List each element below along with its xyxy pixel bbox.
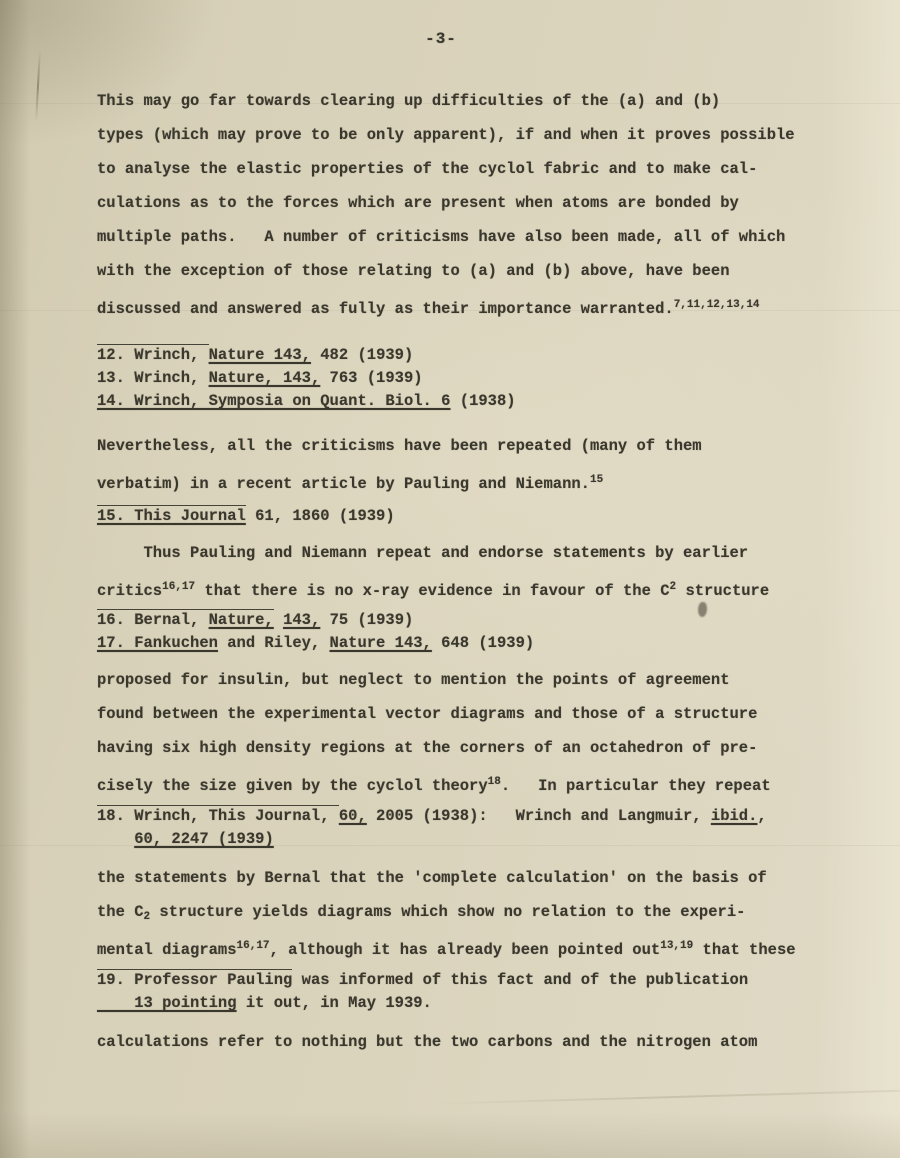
document-page: -3- This may go far towards clearing up …: [0, 0, 900, 1158]
paper-fold-line: [430, 1089, 900, 1105]
paragraph-statements-bernal: the statements by Bernal that the 'compl…: [97, 861, 803, 963]
text-segment: and Riley,: [218, 634, 330, 652]
text-segment: verbatim) in a recent article by Pauling…: [97, 475, 590, 493]
text-line: 13 pointing it out, in May 1939.: [97, 992, 803, 1015]
paragraph-criticisms: This may go far towards clearing up diff…: [97, 84, 803, 322]
text-segment: discussed and answered as fully as their…: [97, 300, 674, 318]
text-segment: calculations refer to nothing but the tw…: [97, 1033, 757, 1051]
footnote-15: 15. This Journal 61, 1860 (1939): [97, 505, 803, 528]
scan-bottom-shadow: [0, 1112, 900, 1158]
text-segment: with the exception of those relating to …: [97, 262, 730, 280]
text-segment: 60, 2247 (1939): [134, 830, 274, 848]
text-segment: 13. Wrinch,: [97, 369, 209, 387]
text-line: Thus Pauling and Niemann repeat and endo…: [97, 536, 803, 570]
text-line: 18. Wrinch, This Journal, 60, 2005 (1938…: [97, 805, 803, 828]
text-segment: This may go far towards clearing up diff…: [97, 92, 720, 110]
text-line: 15. This Journal 61, 1860 (1939): [97, 505, 803, 528]
text-segment: 143,: [283, 611, 320, 629]
text-line: 14. Wrinch, Symposia on Quant. Biol. 6 (…: [97, 390, 803, 413]
footnotes-16-17: 16. Bernal, Nature, 143, 75 (1939)17. Fa…: [97, 609, 803, 655]
text-line: to analyse the elastic properties of the…: [97, 152, 803, 186]
text-segment: [97, 830, 134, 848]
text-line: 13. Wrinch, Nature, 143, 763 (1939): [97, 367, 803, 390]
text-segment: 648 (1939): [432, 634, 534, 652]
text-segment: cisely the size given by the cyclol theo…: [97, 777, 488, 795]
text-segment: 482 (1939): [311, 346, 413, 364]
text-segment: [274, 611, 283, 629]
text-line: 17. Fankuchen and Riley, Nature 143, 648…: [97, 632, 803, 655]
text-line: with the exception of those relating to …: [97, 254, 803, 288]
text-line: 60, 2247 (1939): [97, 828, 803, 851]
text-segment: 60,: [339, 807, 367, 825]
text-segment: 763 (1939): [320, 369, 422, 387]
text-segment: multiple paths. A number of criticisms h…: [97, 228, 785, 246]
text-line: multiple paths. A number of criticisms h…: [97, 220, 803, 254]
text-segment: ibid.: [711, 807, 758, 825]
scan-left-shadow: [0, 0, 30, 1158]
text-line: verbatim) in a recent article by Pauling…: [97, 463, 803, 497]
text-line: critics16,17 that there is no x-ray evid…: [97, 570, 803, 604]
text-segment: 16,17: [237, 940, 270, 952]
text-segment: Nature,: [209, 609, 274, 629]
text-segment: structure: [676, 582, 769, 600]
text-segment: 12. Wrinch,: [97, 344, 209, 364]
footnote-19: 19. Professor Pauling was informed of th…: [97, 969, 803, 1015]
text-segment: it out, in May 1939.: [237, 994, 432, 1012]
text-segment: 18. Wrinch, This Journal,: [97, 805, 339, 825]
text-segment: to analyse the elastic properties of the…: [97, 160, 757, 178]
text-segment: 14. Wrinch, Symposia on Quant. Biol. 6: [97, 392, 450, 410]
text-segment: 61, 1860 (1939): [246, 507, 395, 525]
paragraph-calculations: calculations refer to nothing but the tw…: [97, 1025, 803, 1059]
text-segment: 13,19: [660, 940, 693, 952]
text-segment: ,: [757, 807, 766, 825]
text-segment: 16. Bernal,: [97, 609, 209, 629]
text-segment: that these: [693, 941, 795, 959]
text-line: cisely the size given by the cyclol theo…: [97, 765, 803, 799]
text-segment: culations as to the forces which are pre…: [97, 194, 739, 212]
page-number: -3-: [0, 30, 882, 48]
text-segment: (1938): [450, 392, 515, 410]
text-segment: Thus Pauling and Niemann repeat and endo…: [97, 544, 748, 562]
text-line: calculations refer to nothing but the tw…: [97, 1025, 803, 1059]
text-segment: Nature 143,: [209, 346, 311, 364]
paragraph-nevertheless: Nevertheless, all the criticisms have be…: [97, 429, 803, 497]
text-segment: types (which may prove to be only appare…: [97, 126, 795, 144]
text-segment: , although it has already been pointed o…: [270, 941, 661, 959]
text-segment: that there is no x-ray evidence in favou…: [195, 582, 669, 600]
text-segment: having six high density regions at the c…: [97, 739, 757, 757]
text-line: discussed and answered as fully as their…: [97, 288, 803, 322]
text-line: having six high density regions at the c…: [97, 731, 803, 765]
text-segment: mental diagrams: [97, 941, 237, 959]
text-segment: structure yields diagrams which show no …: [150, 903, 745, 921]
text-segment: the C: [97, 903, 144, 921]
text-segment: found between the experimental vector di…: [97, 705, 757, 723]
text-segment: 2005 (1938): Wrinch and Langmuir,: [367, 807, 711, 825]
text-segment: 75 (1939): [320, 611, 413, 629]
text-segment: Nevertheless, all the criticisms have be…: [97, 437, 702, 455]
text-line: the statements by Bernal that the 'compl…: [97, 861, 803, 895]
text-line: types (which may prove to be only appare…: [97, 118, 803, 152]
scan-right-highlight: [820, 0, 900, 1158]
text-line: proposed for insulin, but neglect to men…: [97, 663, 803, 697]
text-segment: 17. Fankuchen: [97, 634, 218, 652]
text-segment: 19. Professor Pauling: [97, 969, 292, 989]
text-line: 12. Wrinch, Nature 143, 482 (1939): [97, 344, 803, 367]
text-segment: 16,17: [162, 581, 195, 593]
text-segment: . In particular they repeat: [501, 777, 771, 795]
text-segment: 7,11,12,13,14: [674, 299, 760, 311]
footnote-18: 18. Wrinch, This Journal, 60, 2005 (1938…: [97, 805, 803, 851]
text-line: 19. Professor Pauling was informed of th…: [97, 969, 803, 992]
text-segment: Nature, 143,: [209, 369, 321, 387]
text-segment: was informed of this fact and of the pub…: [292, 971, 748, 989]
text-segment: 13 pointing: [97, 994, 237, 1012]
text-line: This may go far towards clearing up diff…: [97, 84, 803, 118]
paragraph-proposed-insulin: proposed for insulin, but neglect to men…: [97, 663, 803, 799]
text-line: mental diagrams16,17, although it has al…: [97, 929, 803, 963]
text-line: found between the experimental vector di…: [97, 697, 803, 731]
text-line: Nevertheless, all the criticisms have be…: [97, 429, 803, 463]
text-segment: proposed for insulin, but neglect to men…: [97, 671, 730, 689]
text-segment: Nature 143,: [330, 634, 432, 652]
text-segment: 18: [488, 776, 501, 788]
document-content: This may go far towards clearing up diff…: [97, 84, 803, 1059]
text-segment: the statements by Bernal that the 'compl…: [97, 869, 767, 887]
text-line: culations as to the forces which are pre…: [97, 186, 803, 220]
text-segment: 15: [590, 474, 603, 486]
paper-scratch: [35, 50, 41, 122]
footnotes-12-14: 12. Wrinch, Nature 143, 482 (1939)13. Wr…: [97, 344, 803, 413]
paragraph-thus-pauling: Thus Pauling and Niemann repeat and endo…: [97, 536, 803, 604]
text-line: the C2 structure yields diagrams which s…: [97, 895, 803, 929]
text-segment: 15. This Journal: [97, 505, 246, 525]
text-line: 16. Bernal, Nature, 143, 75 (1939): [97, 609, 803, 632]
text-segment: critics: [97, 582, 162, 600]
